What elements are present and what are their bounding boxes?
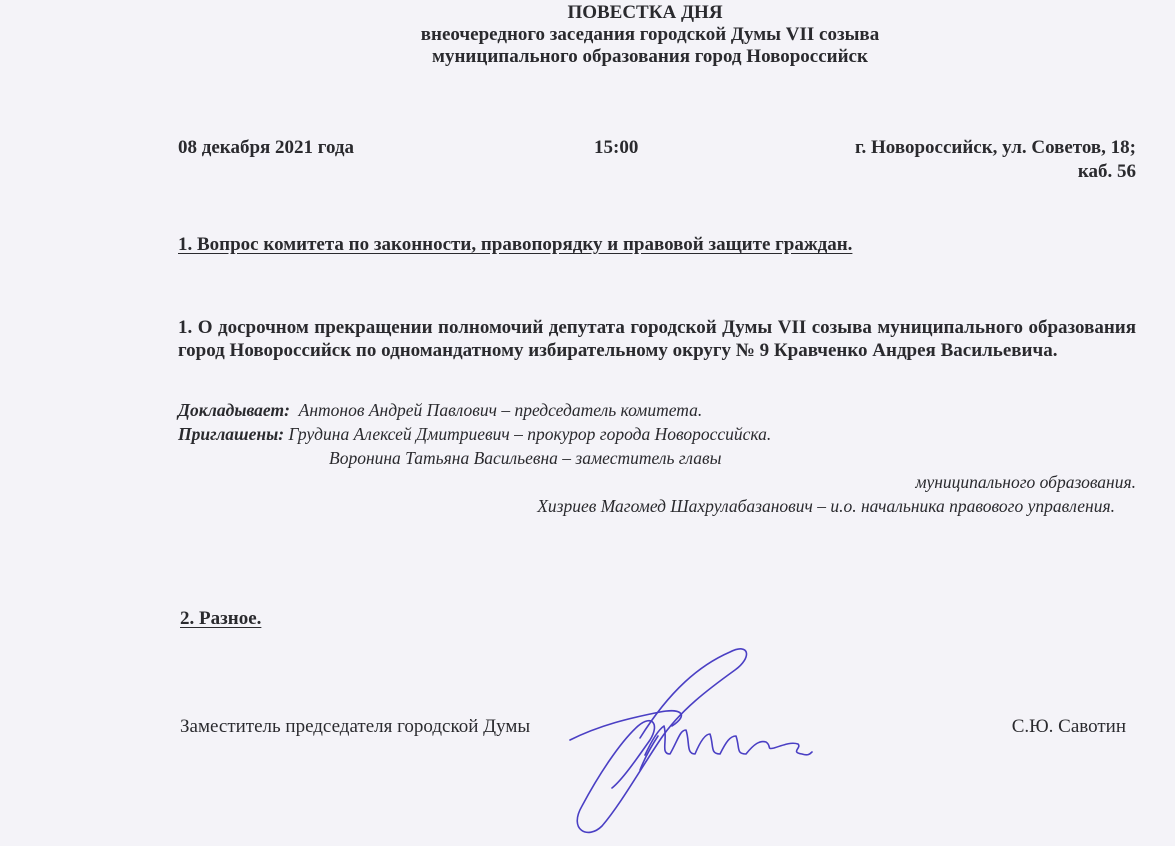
section2-heading: 2. Разное. xyxy=(180,608,261,630)
reporter-label: Докладывает: xyxy=(178,400,290,420)
invited-label: Приглашены: xyxy=(178,424,284,444)
section1-heading: 1. Вопрос комитета по законности, правоп… xyxy=(178,234,852,256)
reporter-line: Докладывает: Антонов Андрей Павлович – п… xyxy=(178,400,702,421)
reporter-text: Антонов Андрей Павлович – председатель к… xyxy=(299,400,703,420)
invited-person-2: Воронина Татьяна Васильевна – заместител… xyxy=(329,448,721,469)
document-subtitle-line2: муниципального образования город Новорос… xyxy=(0,46,1175,68)
signatory-position: Заместитель председателя городской Думы xyxy=(180,716,530,738)
agenda-item-1: 1. О досрочном прекращении полномочий де… xyxy=(178,316,1136,362)
invited-person-1: Грудина Алексей Дмитриевич – прокурор го… xyxy=(288,424,771,444)
invited-person-2-cont: муниципального образования. xyxy=(915,472,1136,493)
document-title: ПОВЕСТКА ДНЯ xyxy=(0,2,1175,24)
meeting-room: каб. 56 xyxy=(1078,161,1136,183)
meeting-address: г. Новороссийск, ул. Советов, 18; xyxy=(855,137,1136,159)
invited-line-1: Приглашены: Грудина Алексей Дмитриевич –… xyxy=(178,424,771,445)
meeting-date: 08 декабря 2021 года xyxy=(178,137,354,159)
handwritten-signature xyxy=(540,630,900,846)
invited-person-3: Хизриев Магомед Шахрулабазанович – и.о. … xyxy=(537,496,1115,517)
document-subtitle-line1: внеочередного заседания городской Думы V… xyxy=(0,24,1175,46)
signatory-name: С.Ю. Савотин xyxy=(1012,716,1126,738)
meeting-time: 15:00 xyxy=(594,137,638,159)
